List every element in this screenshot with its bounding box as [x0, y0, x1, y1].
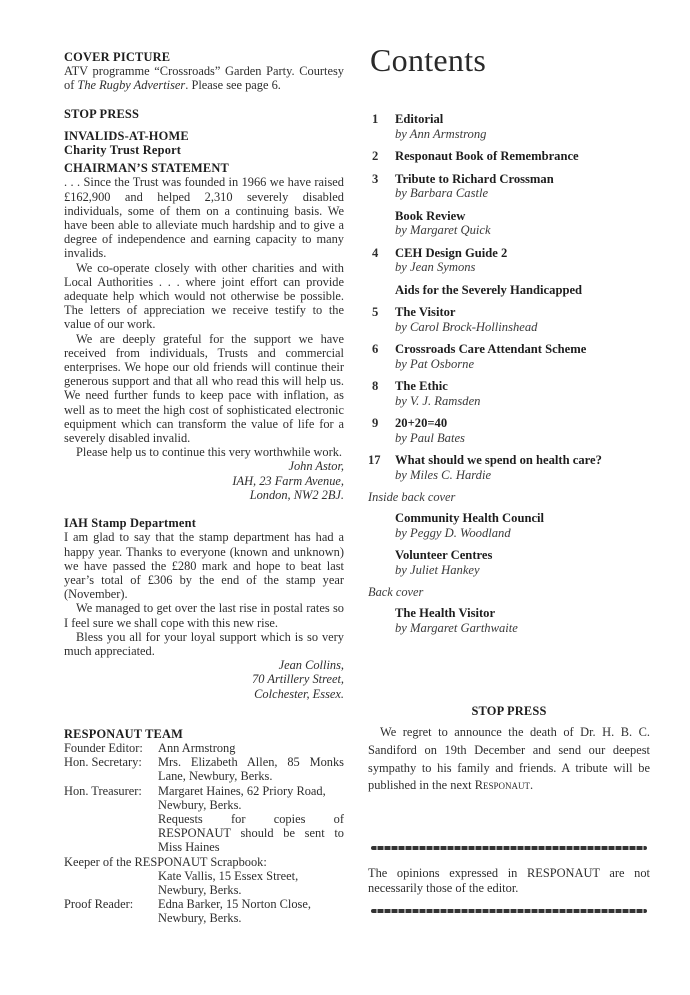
toc-title: Book Review	[395, 209, 650, 224]
toc-title: Editorial	[395, 112, 650, 127]
toc-item[interactable]: Aids for the Severely Handicapped	[368, 283, 650, 298]
toc-page-number: 2	[368, 149, 395, 164]
toc-page-number: 4	[368, 246, 395, 275]
chairman-statement-heading: CHAIRMAN’S STATEMENT	[64, 161, 344, 175]
team-keeper-label: Keeper of the RESPONAUT Scrapbook:	[64, 855, 344, 869]
back-cover-label: Back cover	[368, 585, 650, 600]
stop-press-text-b: .	[530, 778, 533, 792]
team-founder-row: Founder Editor: Ann Armstrong	[64, 741, 344, 755]
toc-item[interactable]: Volunteer Centresby Juliet Hankey	[368, 548, 650, 577]
team-secretary-row: Hon. Secretary: Mrs. Elizabeth Allen, 85…	[64, 755, 344, 783]
stop-press-smallcaps: Responaut	[475, 778, 530, 792]
wavy-divider-top	[371, 846, 647, 850]
toc-title: CEH Design Guide 2	[395, 246, 650, 261]
wavy-divider-bottom	[371, 909, 647, 913]
toc-item[interactable]: 17 What should we spend on health care?b…	[368, 453, 650, 482]
stop-press-box: STOP PRESS We regret to announce the dea…	[368, 703, 650, 795]
toc-author: by Carol Brock-Hollinshead	[395, 320, 650, 335]
disclaimer-box: The opinions expressed in RESPONAUT are …	[368, 846, 650, 913]
toc-author: by Margaret Quick	[395, 223, 650, 238]
toc-title: Tribute to Richard Crossman	[395, 172, 650, 187]
team-label: Hon. Treasurer:	[64, 784, 158, 812]
toc-page-number: 5	[368, 305, 395, 334]
toc-title: Crossroads Care Attendant Scheme	[395, 342, 650, 357]
toc-item[interactable]: Book Reviewby Margaret Quick	[368, 209, 650, 238]
toc-author: by Paul Bates	[395, 431, 650, 446]
toc-item[interactable]: The Health Visitorby Margaret Garthwaite	[368, 606, 650, 635]
toc-item[interactable]: Community Health Councilby Peggy D. Wood…	[368, 511, 650, 540]
toc-author: by Margaret Garthwaite	[395, 621, 650, 636]
toc-author: by Peggy D. Woodland	[395, 526, 650, 541]
toc-item[interactable]: 3 Tribute to Richard Crossmanby Barbara …	[368, 172, 650, 201]
charity-trust-subheading: Charity Trust Report	[64, 143, 344, 157]
toc-item[interactable]: 9 20+20=40by Paul Bates	[368, 416, 650, 445]
disclaimer-text: The opinions expressed in RESPONAUT are …	[368, 866, 650, 895]
toc-author: by Ann Armstrong	[395, 127, 650, 142]
stamp-paragraph: Bless you all for your loyal support whi…	[64, 630, 344, 658]
toc-author: by Juliet Hankey	[395, 563, 650, 578]
left-column: COVER PICTURE ATV programme “Crossroads”…	[64, 50, 344, 926]
signature-line: Jean Collins,	[64, 658, 344, 672]
cover-picture-heading: COVER PICTURE	[64, 50, 344, 64]
toc-item[interactable]: 5 The Visitorby Carol Brock-Hollinshead	[368, 305, 650, 334]
statement-paragraph: . . . Since the Trust was founded in 196…	[64, 175, 344, 260]
cover-text-b: . Please see page 6.	[185, 78, 281, 92]
stamp-paragraph: We managed to get over the last rise in …	[64, 601, 344, 629]
statement-paragraph: We co-operate closely with other chariti…	[64, 261, 344, 332]
toc-title: Volunteer Centres	[395, 548, 650, 563]
stamp-department-heading: IAH Stamp Department	[64, 516, 344, 530]
statement-paragraph: We are deeply grateful for the support w…	[64, 332, 344, 446]
toc-page-number: 8	[368, 379, 395, 408]
toc-title: Responaut Book of Remembrance	[395, 149, 650, 164]
toc-author: by Miles C. Hardie	[395, 468, 650, 483]
toc-title: The Visitor	[395, 305, 650, 320]
team-requests: Requests for copies of RESPONAUT should …	[64, 812, 344, 855]
toc-title: 20+20=40	[395, 416, 650, 431]
toc-author: by Barbara Castle	[395, 186, 650, 201]
team-label: Founder Editor:	[64, 741, 158, 755]
stamp-signature: Jean Collins, 70 Artillery Street, Colch…	[64, 658, 344, 701]
team-keeper-value: Kate Vallis, 15 Essex Street, Newbury, B…	[64, 869, 344, 897]
toc-author: by V. J. Ramsden	[395, 394, 650, 409]
toc-page-number	[368, 209, 395, 238]
contents-column: Contents 1 Editorialby Ann Armstrong 2 R…	[368, 40, 650, 80]
toc-title: Aids for the Severely Handicapped	[395, 283, 650, 298]
toc-title: What should we spend on health care?	[395, 453, 650, 468]
team-value: Ann Armstrong	[158, 741, 344, 755]
toc-title: The Health Visitor	[395, 606, 650, 621]
toc-page-number: 6	[368, 342, 395, 371]
toc-title: The Ethic	[395, 379, 650, 394]
toc-page-number: 17	[368, 453, 395, 482]
toc-item[interactable]: 4 CEH Design Guide 2by Jean Symons	[368, 246, 650, 275]
stop-press-heading-right: STOP PRESS	[368, 703, 650, 719]
toc-page-number: 9	[368, 416, 395, 445]
signature-line: 70 Artillery Street,	[64, 672, 344, 686]
team-heading: RESPONAUT TEAM	[64, 727, 344, 741]
inside-back-cover-label: Inside back cover	[368, 490, 650, 505]
stop-press-text: We regret to announce the death of Dr. H…	[368, 724, 650, 795]
statement-paragraph: Please help us to continue this very wor…	[64, 445, 344, 459]
signature-line: London, NW2 2BJ.	[64, 488, 344, 502]
signature-line: John Astor,	[64, 459, 344, 473]
contents-list: 1 Editorialby Ann Armstrong 2 Responaut …	[368, 112, 650, 643]
team-value: Mrs. Elizabeth Allen, 85 Monks Lane, New…	[158, 755, 344, 783]
team-value: Edna Barker, 15 Norton Close, Newbury, B…	[158, 897, 344, 925]
team-label: Hon. Secretary:	[64, 755, 158, 783]
team-proof-row: Proof Reader: Edna Barker, 15 Norton Clo…	[64, 897, 344, 925]
cover-picture-text: ATV programme “Crossroads” Garden Party.…	[64, 64, 344, 92]
toc-title: Community Health Council	[395, 511, 650, 526]
toc-item[interactable]: 1 Editorialby Ann Armstrong	[368, 112, 650, 141]
invalids-heading: INVALIDS-AT-HOME	[64, 129, 344, 143]
team-value: Margaret Haines, 62 Priory Road, Newbury…	[158, 784, 344, 812]
toc-page-number	[368, 283, 395, 298]
toc-page-number: 1	[368, 112, 395, 141]
team-treasurer-row: Hon. Treasurer: Margaret Haines, 62 Prio…	[64, 784, 344, 812]
toc-author: by Jean Symons	[395, 260, 650, 275]
signature-line: Colchester, Essex.	[64, 687, 344, 701]
stop-press-heading-left: STOP PRESS	[64, 107, 344, 121]
stamp-paragraph: I am glad to say that the stamp departme…	[64, 530, 344, 601]
team-label: Proof Reader:	[64, 897, 158, 925]
cover-text-italic: The Rugby Advertiser	[77, 78, 185, 92]
toc-item[interactable]: 2 Responaut Book of Remembrance	[368, 149, 650, 164]
signature-line: IAH, 23 Farm Avenue,	[64, 474, 344, 488]
contents-title: Contents	[370, 40, 650, 80]
chairman-signature: John Astor, IAH, 23 Farm Avenue, London,…	[64, 459, 344, 502]
toc-page-number: 3	[368, 172, 395, 201]
toc-author: by Pat Osborne	[395, 357, 650, 372]
toc-item[interactable]: 8 The Ethicby V. J. Ramsden	[368, 379, 650, 408]
toc-item[interactable]: 6 Crossroads Care Attendant Schemeby Pat…	[368, 342, 650, 371]
